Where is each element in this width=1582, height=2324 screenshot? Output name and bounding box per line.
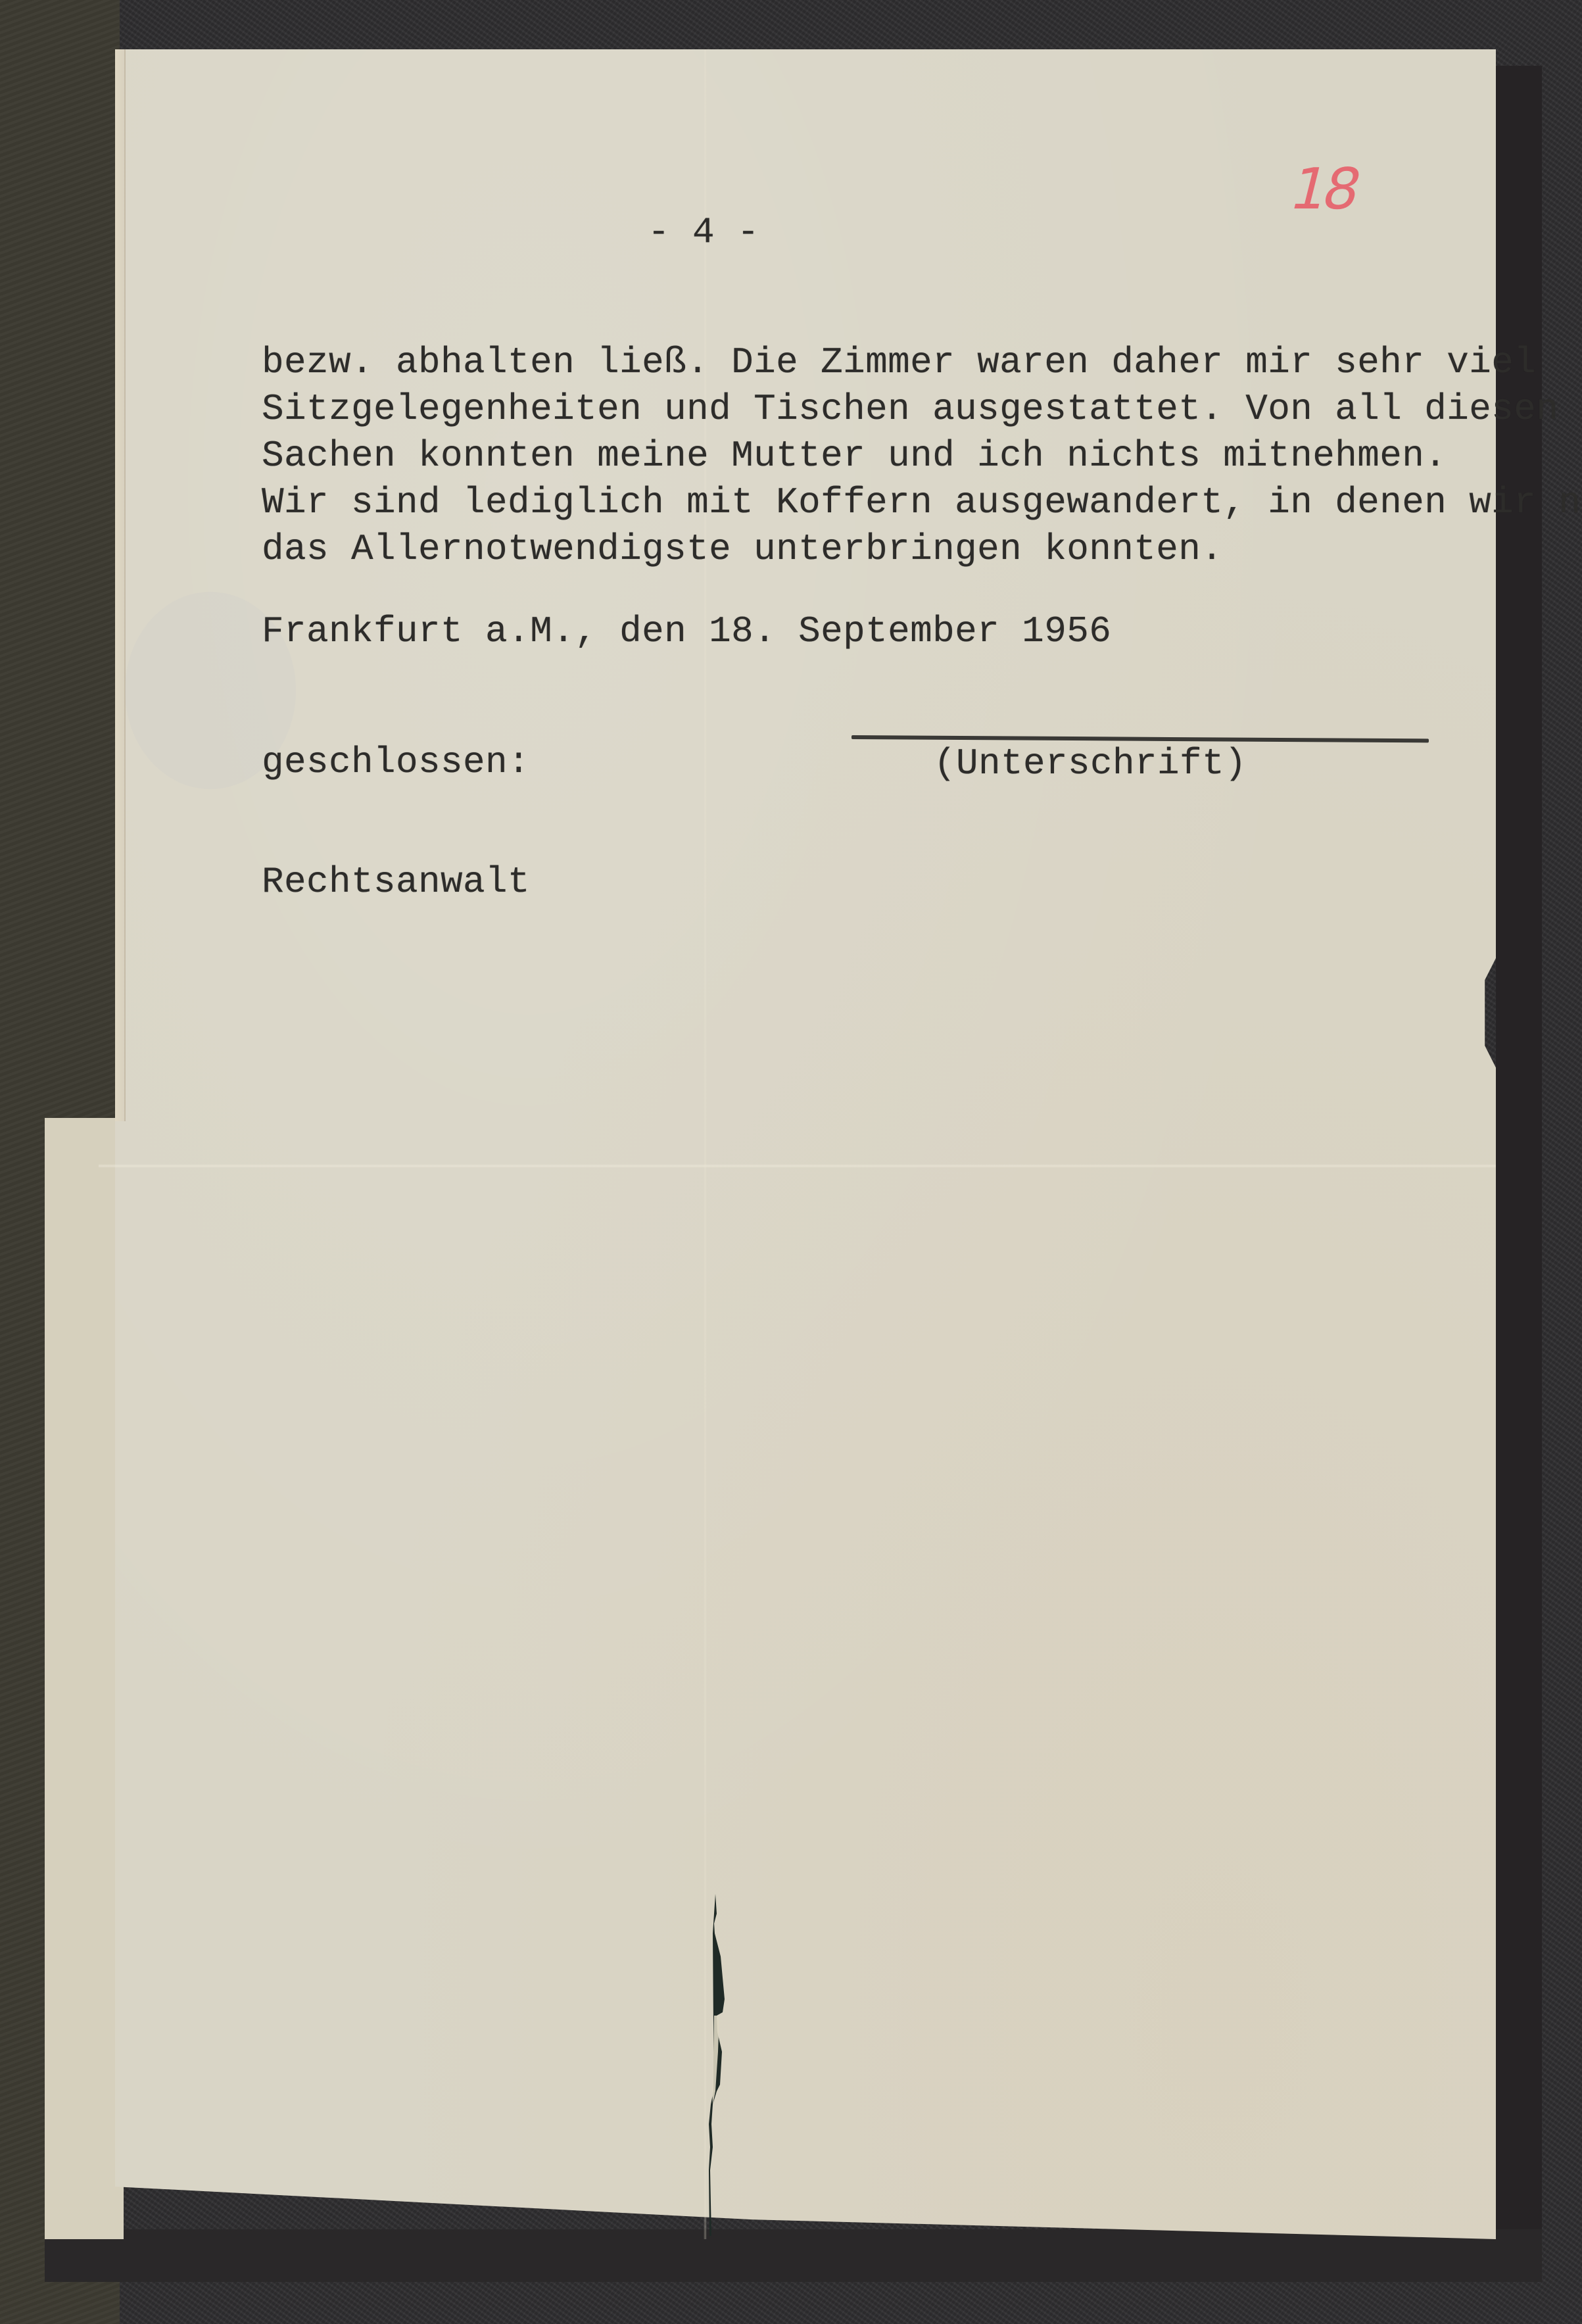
- paper-tear: [702, 1894, 729, 2236]
- closing-label: geschlossen:: [262, 739, 530, 786]
- signature-block: [851, 735, 1429, 739]
- page-number: - 4 -: [648, 209, 759, 256]
- horizontal-fold-crease: [99, 1164, 1496, 1168]
- body-line: Sachen konnten meine Mutter und ich nich…: [262, 433, 1582, 479]
- body-line: das Allernotwendigste unterbringen konnt…: [262, 526, 1582, 573]
- body-paragraph: bezw. abhalten ließ. Die Zimmer waren da…: [262, 339, 1582, 573]
- signature-caption: (Unterschrift): [934, 740, 1247, 787]
- place-date-line: Frankfurt a.M., den 18. September 1956: [262, 608, 1111, 655]
- mount-frame-bottom: [45, 2229, 1542, 2282]
- lawyer-label: Rechtsanwalt: [262, 859, 530, 906]
- paper-lower-left-edge: [45, 1118, 124, 2239]
- body-line: Wir sind lediglich mit Koffern ausgewand…: [262, 479, 1582, 526]
- paper-binding-fold: [115, 49, 126, 1121]
- body-line: bezw. abhalten ließ. Die Zimmer waren da…: [262, 339, 1582, 386]
- body-line: Sitzgelegenheiten und Tischen ausgestatt…: [262, 386, 1582, 433]
